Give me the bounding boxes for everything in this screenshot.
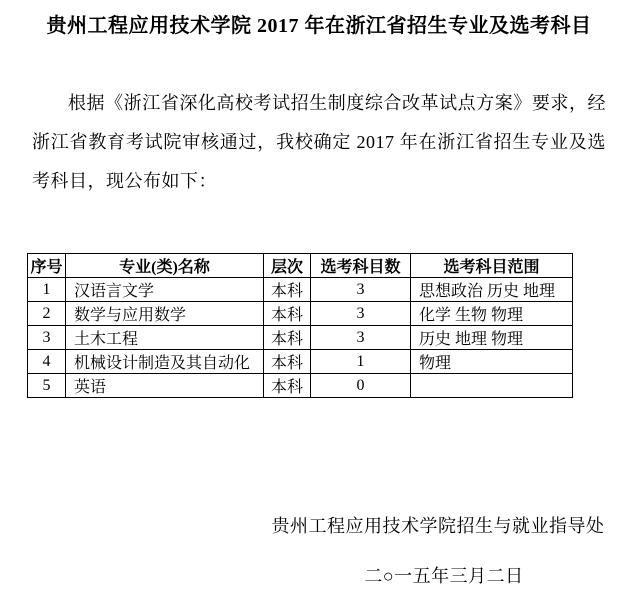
cell-level: 本科 — [264, 374, 311, 398]
cell-subject-count: 3 — [311, 302, 411, 326]
cell-level: 本科 — [264, 278, 311, 302]
cell-seq: 2 — [28, 302, 66, 326]
cell-subject-range: 化学 生物 物理 — [411, 302, 573, 326]
header-seq: 序号 — [28, 254, 66, 278]
cell-subject-count: 1 — [311, 350, 411, 374]
cell-major-name: 土木工程 — [66, 326, 264, 350]
cell-subject-range — [411, 374, 573, 398]
cell-subject-count: 0 — [311, 374, 411, 398]
table-row: 5 英语 本科 0 — [28, 374, 573, 398]
table-header-row: 序号 专业(类)名称 层次 选考科目数 选考科目范围 — [28, 254, 573, 278]
header-level: 层次 — [264, 254, 311, 278]
cell-level: 本科 — [264, 326, 311, 350]
table-row: 2 数学与应用数学 本科 3 化学 生物 物理 — [28, 302, 573, 326]
cell-level: 本科 — [264, 302, 311, 326]
cell-subject-count: 3 — [311, 326, 411, 350]
cell-major-name: 汉语言文学 — [66, 278, 264, 302]
table-row: 1 汉语言文学 本科 3 思想政治 历史 地理 — [28, 278, 573, 302]
cell-subject-range: 思想政治 历史 地理 — [411, 278, 573, 302]
cell-subject-range: 历史 地理 物理 — [411, 326, 573, 350]
document-page: 贵州工程应用技术学院 2017 年在浙江省招生专业及选考科目 根据《浙江省深化高… — [0, 0, 638, 600]
header-subject-range: 选考科目范围 — [411, 254, 573, 278]
header-major-name: 专业(类)名称 — [66, 254, 264, 278]
signature-block: 贵州工程应用技术学院招生与就业指导处 二○一五年三月二日 — [238, 512, 638, 588]
header-subject-count: 选考科目数 — [311, 254, 411, 278]
cell-seq: 1 — [28, 278, 66, 302]
cell-major-name: 机械设计制造及其自动化 — [66, 350, 264, 374]
cell-level: 本科 — [264, 350, 311, 374]
cell-seq: 4 — [28, 350, 66, 374]
signature-department: 贵州工程应用技术学院招生与就业指导处 — [238, 512, 638, 538]
cell-major-name: 英语 — [66, 374, 264, 398]
page-title: 贵州工程应用技术学院 2017 年在浙江省招生专业及选考科目 — [0, 0, 638, 38]
cell-major-name: 数学与应用数学 — [66, 302, 264, 326]
intro-paragraph: 根据《浙江省深化高校考试招生制度综合改革试点方案》要求，经浙江省教育考试院审核通… — [32, 84, 606, 201]
table-row: 3 土木工程 本科 3 历史 地理 物理 — [28, 326, 573, 350]
cell-subject-range: 物理 — [411, 350, 573, 374]
signature-date: 二○一五年三月二日 — [250, 562, 638, 588]
cell-seq: 3 — [28, 326, 66, 350]
cell-seq: 5 — [28, 374, 66, 398]
admissions-table: 序号 专业(类)名称 层次 选考科目数 选考科目范围 1 汉语言文学 本科 3 … — [27, 253, 573, 398]
cell-subject-count: 3 — [311, 278, 411, 302]
table-row: 4 机械设计制造及其自动化 本科 1 物理 — [28, 350, 573, 374]
